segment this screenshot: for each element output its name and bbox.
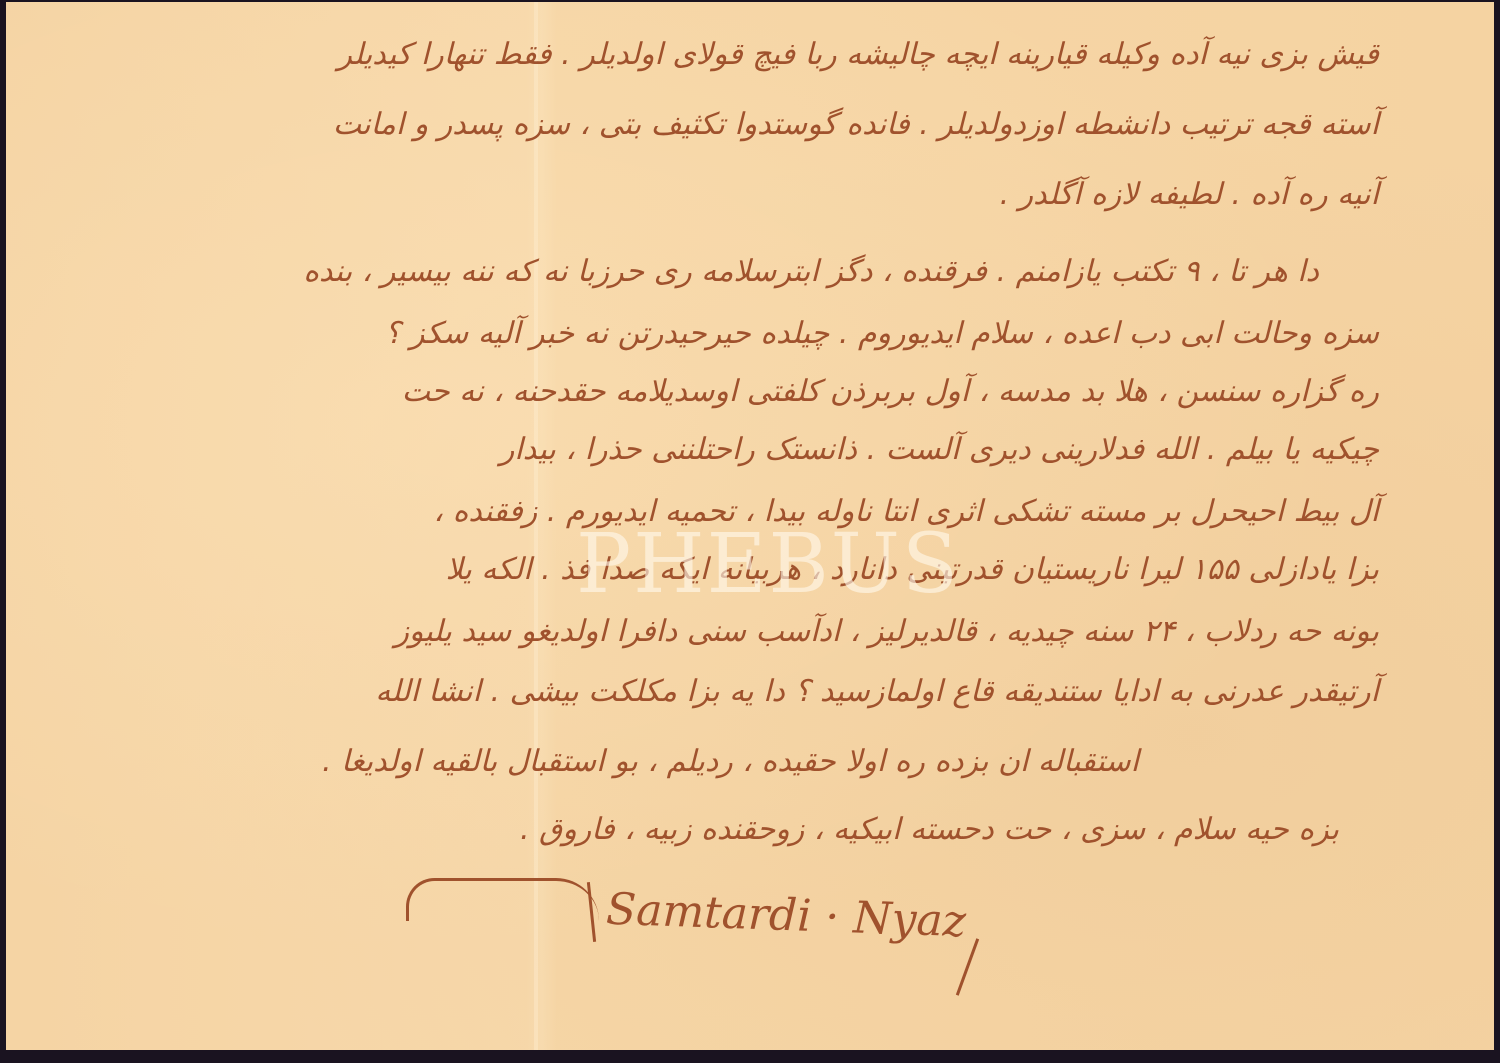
letter-line-5: سزه وحالت ابی دب اعده ، سلام ایدیوروم . … [79, 314, 1379, 354]
closing-line: بزه حیه سلام ، سزی ، حت دحسته ابیکیه ، ز… [189, 810, 1339, 850]
watermark: PHEBUS [576, 517, 960, 612]
letter-line-11: آرتیقدر عدرنی به ادایا ستندیقه قاع اولما… [79, 672, 1379, 712]
letter-line-6: ره گزاره سنسن ، هلا بد مدسه ، آول بربرذن… [79, 372, 1379, 412]
letter-line-4: دا هر تا ، ۹ تکتب یازامنم . فرقنده ، دگز… [19, 252, 1319, 292]
letter-line-10: بونه حه ردلاب ، ۲۴ سنه چیدیه ، قالدیرلیز… [79, 612, 1379, 652]
letter-paper: قیش بزی نیه آده وکیله قیارینه ایچه چالیش… [6, 2, 1494, 1050]
letter-line-1: قیش بزی نیه آده وکیله قیارینه ایچه چالیش… [79, 35, 1379, 75]
letter-line-7: چیکیه یا بیلم . الله فدلارینی دیری آلست … [79, 430, 1379, 470]
letter-line-3: آنیه ره آده . لطیفه لازه آگلدر . [679, 175, 1379, 215]
signature-flourish [406, 878, 599, 921]
letter-line-2: آسته قجه ترتیب دانشطه اوزدولدیلر . فانده… [79, 105, 1379, 145]
signature: Samtardi · Nyaz [605, 884, 967, 948]
letter-line-12: استقباله ان بزده ره اولا حقیده ، ردیلم ،… [89, 742, 1139, 782]
